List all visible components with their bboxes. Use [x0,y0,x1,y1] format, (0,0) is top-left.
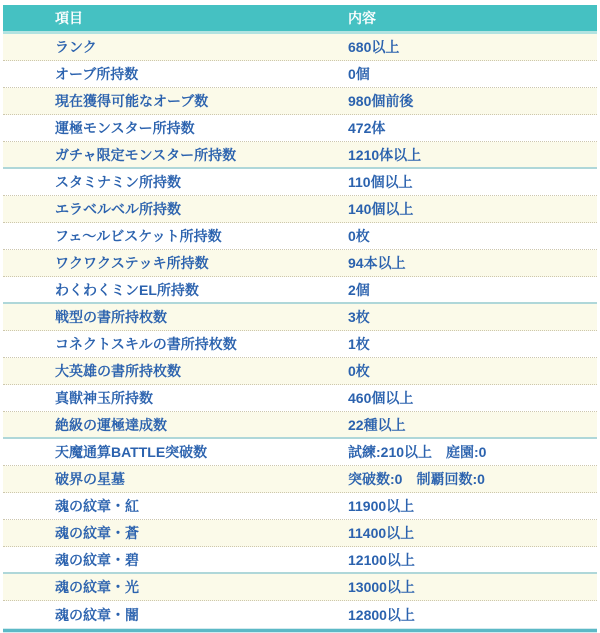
row-item-label: ガチャ限定モンスター所持数 [3,145,348,165]
row-content-value: 13000以上 [348,577,597,597]
row-item-label: 魂の紋章・闇 [3,605,348,625]
row-content-value: 140個以上 [348,199,597,219]
table-row: 真獣神玉所持数460個以上 [3,385,597,412]
row-content-value: 12100以上 [348,550,597,570]
row-content-value: 3枚 [348,307,597,327]
row-item-label: わくわくミンEL所持数 [3,280,348,300]
row-content-value: 2個 [348,280,597,300]
row-content-value: 1210体以上 [348,145,597,165]
row-content-value: 460個以上 [348,388,597,408]
row-item-label: 魂の紋章・碧 [3,550,348,570]
header-content-column: 内容 [348,8,597,28]
row-item-label: 戦型の書所持枚数 [3,307,348,327]
row-content-value: 0枚 [348,361,597,381]
row-item-label: 破界の星墓 [3,469,348,489]
table-row: 運極モンスター所持数472体 [3,115,597,142]
table-row: ガチャ限定モンスター所持数1210体以上 [3,142,597,169]
table-row: 大英雄の書所持枚数0枚 [3,358,597,385]
row-item-label: 天魔通算BATTLE突破数 [3,442,348,462]
page: 項目 内容 ランク680以上オーブ所持数0個現在獲得可能なオーブ数980個前後運… [0,0,600,633]
row-item-label: ランク [3,37,348,57]
table-row: コネクトスキルの書所持枚数1枚 [3,331,597,358]
row-item-label: 運極モンスター所持数 [3,118,348,138]
table-row: 現在獲得可能なオーブ数980個前後 [3,88,597,115]
table-header-row: 項目 内容 [3,5,597,34]
table-row: わくわくミンEL所持数2個 [3,277,597,304]
row-content-value: 472体 [348,118,597,138]
table-bottom-border [3,628,597,633]
table-row: フェ～ルビスケット所持数0枚 [3,223,597,250]
row-item-label: 真獣神玉所持数 [3,388,348,408]
row-item-label: 絶級の運極達成数 [3,415,348,435]
table-row: ワクワクステッキ所持数94本以上 [3,250,597,277]
row-item-label: フェ～ルビスケット所持数 [3,226,348,246]
table-row: 魂の紋章・碧12100以上 [3,547,597,574]
table-row: 魂の紋章・蒼11400以上 [3,520,597,547]
table-row: 魂の紋章・光13000以上 [3,574,597,601]
table-row: 破界の星墓突破数:0 制覇回数:0 [3,466,597,493]
table-row: ランク680以上 [3,34,597,61]
row-item-label: ワクワクステッキ所持数 [3,253,348,273]
row-content-value: 試練:210以上 庭園:0 [348,442,597,462]
row-item-label: 魂の紋章・蒼 [3,523,348,543]
row-item-label: エラベルベル所持数 [3,199,348,219]
row-content-value: 22種以上 [348,415,597,435]
header-item-column: 項目 [3,8,348,28]
row-content-value: 12800以上 [348,605,597,625]
row-item-label: 現在獲得可能なオーブ数 [3,91,348,111]
row-content-value: 94本以上 [348,253,597,273]
row-content-value: 110個以上 [348,172,597,192]
row-content-value: 11400以上 [348,523,597,543]
row-content-value: 0個 [348,64,597,84]
table-row: 魂の紋章・闇12800以上 [3,601,597,628]
row-item-label: 大英雄の書所持枚数 [3,361,348,381]
table-row: 戦型の書所持枚数3枚 [3,304,597,331]
table-row: スタミナミン所持数110個以上 [3,169,597,196]
row-content-value: 1枚 [348,334,597,354]
row-content-value: 680以上 [348,37,597,57]
table-row: オーブ所持数0個 [3,61,597,88]
row-item-label: 魂の紋章・光 [3,577,348,597]
row-content-value: 0枚 [348,226,597,246]
table-row: 絶級の運極達成数22種以上 [3,412,597,439]
row-content-value: 突破数:0 制覇回数:0 [348,469,597,489]
table-row: エラベルベル所持数140個以上 [3,196,597,223]
row-item-label: 魂の紋章・紅 [3,496,348,516]
table-row: 天魔通算BATTLE突破数試練:210以上 庭園:0 [3,439,597,466]
table-row: 魂の紋章・紅11900以上 [3,493,597,520]
row-content-value: 980個前後 [348,91,597,111]
table-body: ランク680以上オーブ所持数0個現在獲得可能なオーブ数980個前後運極モンスター… [3,34,597,628]
account-status-table: 項目 内容 ランク680以上オーブ所持数0個現在獲得可能なオーブ数980個前後運… [3,5,597,633]
row-item-label: オーブ所持数 [3,64,348,84]
row-content-value: 11900以上 [348,496,597,516]
row-item-label: スタミナミン所持数 [3,172,348,192]
row-item-label: コネクトスキルの書所持枚数 [3,334,348,354]
